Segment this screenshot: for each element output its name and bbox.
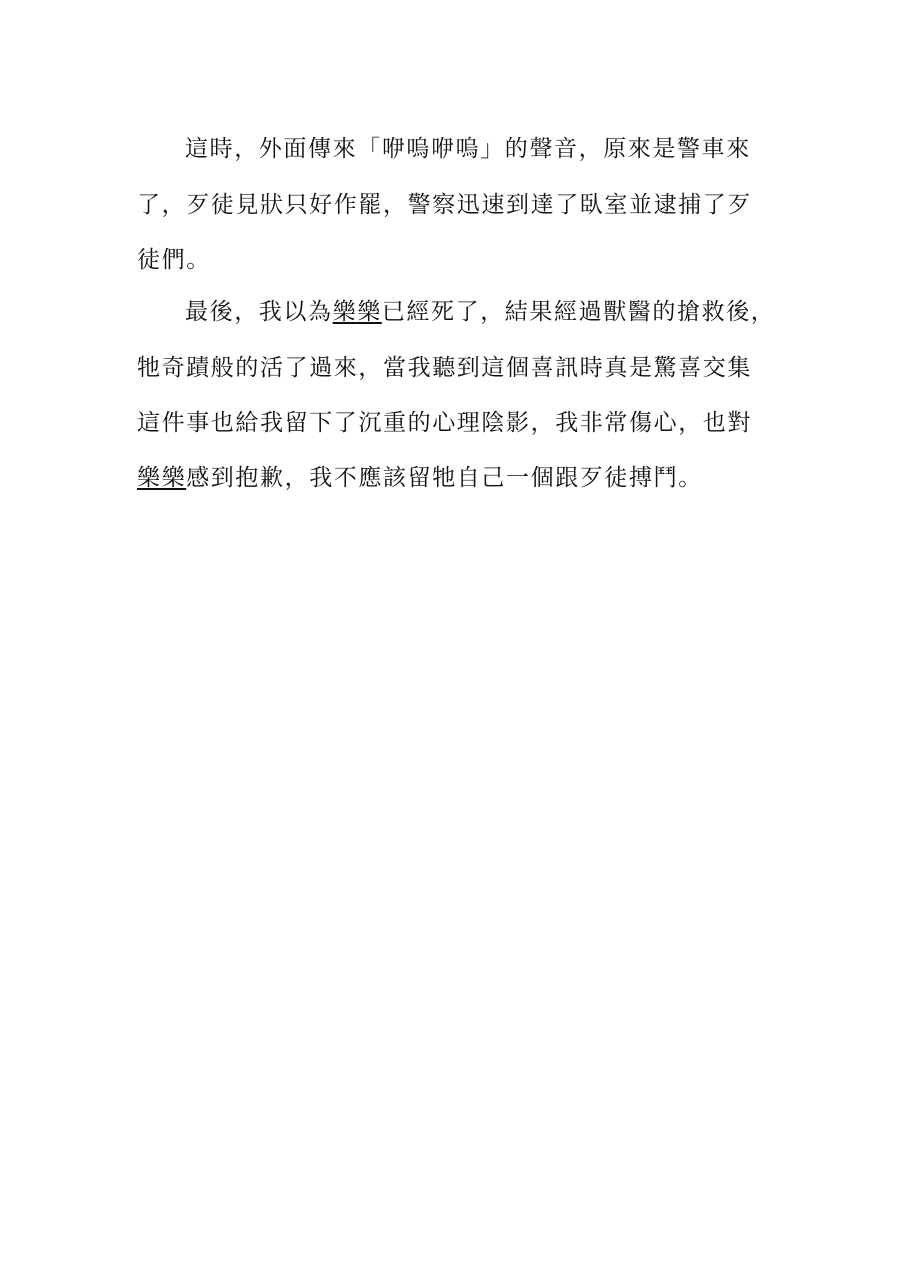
text-line: 最後，我以為樂樂已經死了，結果經過獸醫的搶救後， <box>137 297 775 327</box>
text-line: 這時，外面傳來「咿嗚咿嗚」的聲音，原來是警車來 <box>137 134 751 164</box>
underlined-name: 樂樂 <box>333 299 382 325</box>
text-segment: 了，歹徒見狀只好作罷，警察迅速到達了臥室並逮捕了歹 <box>137 192 752 218</box>
text-segment: 牠奇蹟般的活了過來，當我聽到這個喜訊時真是驚喜交集 <box>137 355 752 381</box>
text-segment: 這件事也給我留下了沉重的心理陰影，我非常傷心，也對 <box>137 410 752 436</box>
text-line: 這件事也給我留下了沉重的心理陰影，我非常傷心，也對 <box>137 408 752 438</box>
text-line: 牠奇蹟般的活了過來，當我聽到這個喜訊時真是驚喜交集 <box>137 353 752 383</box>
text-segment: 徒們。 <box>137 247 211 273</box>
underlined-name: 樂樂 <box>137 465 186 491</box>
text-segment: 已經死了，結果經過獸醫的搶救後， <box>382 299 776 325</box>
text-line: 徒們。 <box>137 245 211 275</box>
text-line: 樂樂感到抱歉，我不應該留牠自己一個跟歹徒搏鬥。 <box>137 463 703 493</box>
text-segment: 感到抱歉，我不應該留牠自己一個跟歹徒搏鬥。 <box>186 465 703 491</box>
document-page: 這時，外面傳來「咿嗚咿嗚」的聲音，原來是警車來 了，歹徒見狀只好作罷，警察迅速到… <box>0 0 905 1280</box>
text-segment: 最後，我以為 <box>185 299 333 325</box>
text-line: 了，歹徒見狀只好作罷，警察迅速到達了臥室並逮捕了歹 <box>137 190 752 220</box>
text-segment: 這時，外面傳來「咿嗚咿嗚」的聲音，原來是警車來 <box>185 136 751 162</box>
